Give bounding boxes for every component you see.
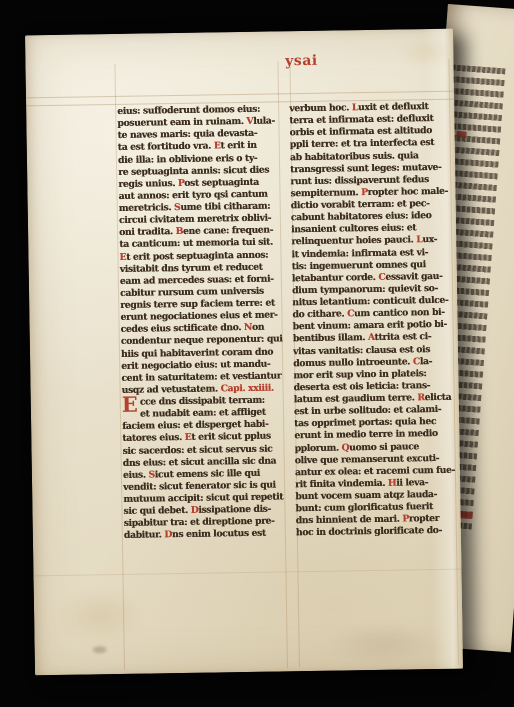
body-text: cedes eius sctificate dno.	[121, 322, 244, 335]
body-text: antur ex olea: et racemi cum fue-	[295, 464, 455, 478]
body-text: tas opprimet portas: quia hec	[294, 416, 436, 429]
body-text: uxit et defluxit	[358, 101, 429, 113]
body-text: mutuum accipit: sicut qui repetit	[123, 491, 283, 505]
body-text: ta canticum: ut memoria tui sit.	[119, 237, 273, 250]
body-text: dabitur.	[124, 530, 165, 542]
parchment-stain	[324, 621, 445, 668]
body-text: bunt: cum glorificatus fuerit	[295, 501, 433, 514]
text-line: dabitur. Dns enim locutus est	[124, 528, 286, 543]
body-text: lula-	[253, 116, 275, 127]
body-text: do cithare.	[292, 309, 347, 321]
body-text: orbis et infirmata est altitudo	[289, 125, 431, 138]
body-text: ost septuaginta	[184, 176, 259, 188]
photo-backdrop: ysai eius: suffoderunt domos eius:posuer…	[0, 0, 514, 707]
body-text: ume tibi citharam:	[180, 201, 270, 213]
body-text: deserta est ois leticia: trans-	[293, 380, 430, 393]
body-text: dns eius: et sicut ancilla sic dna	[123, 455, 277, 468]
rubricated-text: Capi. xxiiii.	[220, 382, 273, 394]
body-text: ns enim locutus est	[172, 528, 266, 540]
body-text: pplorum.	[294, 442, 341, 454]
body-text: essavit gau-	[385, 271, 442, 283]
body-text: t erit sicut pplus	[191, 431, 271, 443]
body-text: oni tradita.	[119, 226, 176, 238]
body-text: die illa: in oblivione eris o ty-	[118, 152, 257, 165]
body-text: on	[252, 322, 264, 333]
body-text: cce dns dissipabit terram:	[140, 395, 265, 408]
body-text: ttrita est ci-	[374, 331, 431, 343]
body-text: t erit post septuaginta annos:	[126, 249, 268, 262]
body-text: tis: ingemuerunt omnes qui	[292, 259, 426, 272]
body-text: eius.	[123, 469, 149, 480]
body-text: ene cane: frequen-	[183, 225, 273, 237]
body-text: dns hinnient de mari.	[296, 514, 403, 527]
body-text: it vindemia: infirmata est vi-	[291, 247, 428, 260]
body-text: hoc in doctrinis glorificate do-	[296, 525, 442, 538]
body-text: bentibus illam.	[293, 332, 368, 344]
body-text: ppli terre: et tra interfecta est	[290, 137, 435, 150]
body-text: visitabit dns tyrum et reducet	[120, 261, 263, 274]
body-text: regis unius.	[118, 178, 178, 190]
body-text: t erit in	[220, 140, 256, 152]
body-text: vitas vanitatis: clausa est ois	[293, 344, 430, 357]
chapter-drop-cap: E	[122, 394, 140, 418]
body-text: domus nullo introeunte.	[293, 356, 413, 369]
rubricated-text: Q	[341, 442, 349, 453]
parchment-stain	[52, 586, 148, 647]
body-text: issipatione dis-	[198, 504, 271, 516]
body-text: olive que remanserunt excuti-	[295, 453, 439, 466]
body-text: ta est fortitudo vra.	[118, 141, 214, 154]
body-text: regnis terre sup faciem terre: et	[120, 298, 275, 311]
body-text: runt ius: dissipaverunt fedus	[290, 174, 429, 187]
text-line: hoc in doctrinis glorificate do-	[296, 525, 458, 540]
facing-rubric-mark	[456, 131, 466, 138]
body-text: cabitur rursum cum universis	[120, 286, 264, 299]
body-text: relinquentur hoies pauci.	[291, 235, 416, 248]
body-text: dictio vorabit terram: et pec-	[291, 198, 430, 211]
body-text: rit finita vindemia.	[295, 478, 388, 490]
body-text: circui civitatem meretrix oblivi-	[119, 213, 271, 226]
body-text: elicta	[425, 392, 452, 403]
body-text: latum est gaudium terre.	[294, 392, 418, 405]
body-text: sempiternum.	[290, 187, 361, 199]
ruling-line-horizontal	[33, 569, 461, 577]
body-text: et nudabit eam: et affliget	[140, 407, 266, 420]
text-column-left: eius: suffoderunt domos eius:posuerunt e…	[117, 103, 286, 542]
body-text: ii leva-	[396, 477, 428, 488]
body-text: bunt vocem suam atqz lauda-	[295, 489, 437, 502]
body-text: erunt in medio terre in medio	[294, 428, 437, 441]
rubricated-text: H	[388, 478, 397, 489]
body-text: vendit: sicut fenerator sic is qui	[123, 479, 276, 492]
body-text: sipabitur tra: et direptione pre-	[124, 516, 275, 529]
body-text: uomo si pauce	[349, 441, 419, 453]
body-text: posuerunt eam in ruinam.	[117, 116, 246, 129]
body-text: bent vinum: amara erit potio bi-	[293, 319, 447, 332]
running-title: ysai	[263, 52, 339, 69]
body-text: erit negociatio eius: ut mandu-	[121, 358, 270, 371]
body-text: verbum hoc.	[289, 102, 352, 114]
body-text: ab habitatoribus suis. quia	[290, 150, 419, 163]
body-text: re septuaginta annis: sicut dies	[118, 164, 269, 177]
body-text: ux-	[422, 234, 437, 245]
body-text: nitus letantium: conticuit dulce-	[292, 295, 448, 308]
body-text: eam ad mercedes suas: et forni-	[120, 273, 274, 286]
body-text: hiis qui habitaverint coram dno	[121, 346, 273, 359]
ruling-line-horizontal	[26, 91, 454, 99]
body-text: aut annos: erit tyro qsi cantum	[118, 188, 267, 201]
body-text: est in urbe solitudo: et calami-	[294, 404, 441, 417]
body-text: erunt negociationes eius et mer-	[120, 310, 277, 323]
body-text: meretricis.	[119, 202, 174, 214]
body-text: eius: suffoderunt domos eius:	[117, 104, 260, 117]
body-text: um cantico non bi-	[354, 307, 445, 319]
body-text: ropter hoc male-	[368, 186, 449, 198]
body-text: mor erit sup vino in plateis:	[293, 368, 426, 381]
body-text: ropter	[409, 513, 439, 524]
body-text: icut emens sic ille qui	[155, 468, 260, 481]
body-text: letabantur corde.	[292, 272, 379, 284]
manuscript-page: ysai eius: suffoderunt domos eius:posuer…	[25, 29, 463, 676]
text-column-right: verbum hoc. Luxit et defluxitterra et in…	[289, 101, 458, 540]
body-text: terra et infirmata est: defluxit	[289, 113, 433, 126]
body-text: tatores eius.	[122, 432, 184, 444]
body-text: insanient cultores eius: et	[291, 223, 416, 236]
body-text: transgressi sunt leges: mutave-	[290, 162, 441, 175]
body-text: dium tympanorum: quievit so-	[292, 283, 438, 296]
body-text: cent in saturitatem: et vestiantur	[121, 370, 281, 384]
body-text: cabunt habitatores eius: ideo	[291, 210, 432, 223]
body-text: te naves maris: quia devasta-	[118, 128, 258, 141]
rubricated-text: D	[191, 505, 199, 516]
body-text: sic qui debet.	[123, 505, 190, 517]
parchment-stain	[93, 646, 107, 653]
body-text: faciem eius: et disperget habi-	[122, 419, 268, 432]
body-text: la-	[420, 356, 432, 367]
body-text: sic sacerdos: et sicut servus sic	[122, 443, 272, 456]
